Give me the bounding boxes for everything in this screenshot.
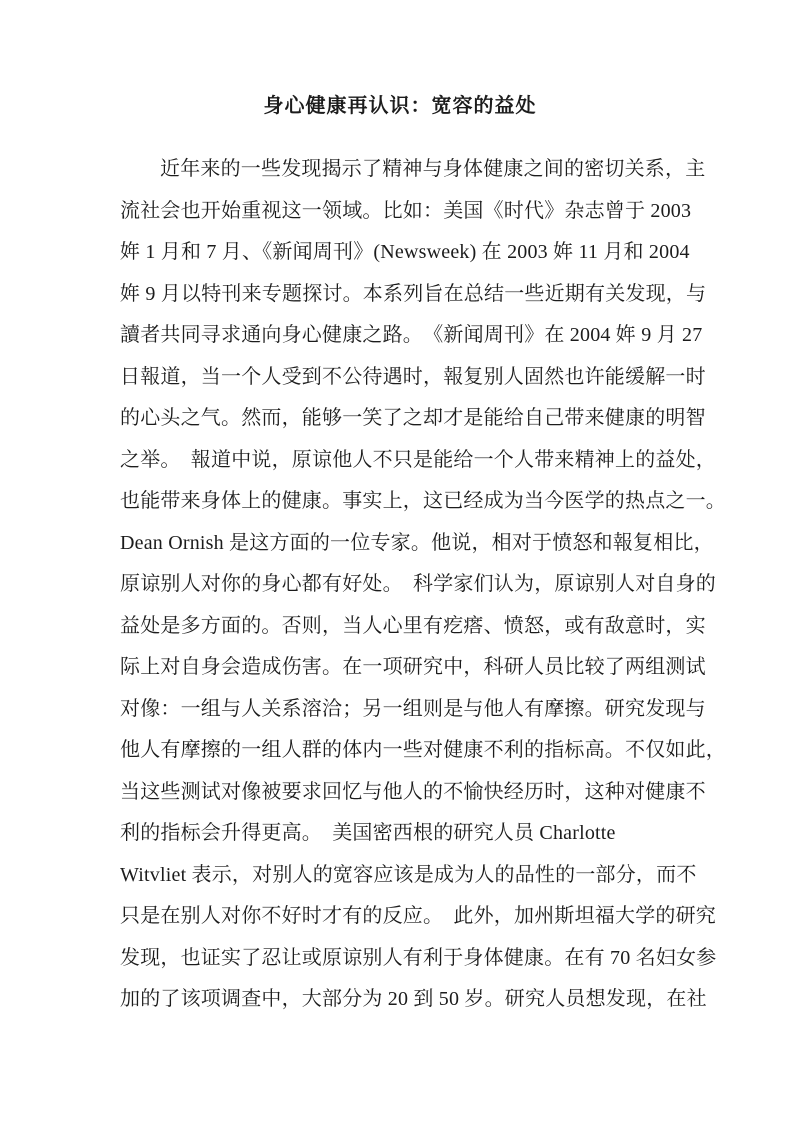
text-line: 讀者共同寻求通向身心健康之路。 《新闻周刊》在 2004 姩 9 月 27 <box>120 315 682 357</box>
text-line: 他人有摩擦的一组人群的体内一些对健康不利的指标高。不仅如此， <box>120 730 682 772</box>
document-page: 身心健康再认识：宽容的益处 近年来的一些发现揭示了精神与身体健康之间的密切关系，… <box>0 0 800 1132</box>
text-line: 只是在别人对你不好时才有的反应。 此外，加州斯坦福大学的研究 <box>120 896 682 938</box>
page-title: 身心健康再认识：宽容的益处 <box>0 0 800 118</box>
text-line: 也能带来身体上的健康。事实上，这已经成为当今医学的热点之一。 <box>120 481 682 523</box>
text-line: 姩 1 月和 7 月、《新闻周刊》(Newsweek) 在 2003 姩 11 … <box>120 232 682 274</box>
text-line: 发现，也证实了忍让或原谅别人有利于身体健康。在有 70 名妇女参 <box>120 938 682 980</box>
text-line: 原谅别人对你的身心都有好处。 科学家们认为，原谅别人对自身的 <box>120 564 682 606</box>
text-line: Dean Ornish 是这方面的一位专家。他说，相对于愤怒和報复相比， <box>120 523 682 565</box>
text-line: 当这些测试对像被要求回忆与他人的不愉快经历时，这种对健康不 <box>120 772 682 814</box>
text-line: 日報道，当一个人受到不公待遇时，報复别人固然也许能缓解一时 <box>120 357 682 399</box>
text-line: 之举。 報道中说，原谅他人不只是能给一个人带来精神上的益处， <box>120 440 682 482</box>
text-line: 加的了该项调查中，大部分为 20 到 50 岁。研究人员想发现，在社 <box>120 979 682 1021</box>
text-line: 际上对自身会造成伤害。在一项研究中，科研人员比较了两组测试 <box>120 647 682 689</box>
text-line: 的心头之气。然而，能够一笑了之却才是能给自己带来健康的明智 <box>120 398 682 440</box>
text-line: 对像：一组与人关系溶洽；另一组则是与他人有摩擦。研究发现与 <box>120 689 682 731</box>
text-line: 近年来的一些发现揭示了精神与身体健康之间的密切关系，主 <box>120 149 682 191</box>
text-line: 益处是多方面的。否则，当人心里有疙瘩、愤怒，或有敌意时，实 <box>120 606 682 648</box>
text-line: 流社会也开始重视这一领域。比如：美国《时代》杂志曾于 2003 <box>120 191 682 233</box>
text-line: 姩 9 月以特刊来专题探讨。本系列旨在总结一些近期有关发现，与 <box>120 274 682 316</box>
text-line: 利的指标会升得更高。 美国密西根的研究人员 Charlotte <box>120 813 682 855</box>
document-body: 近年来的一些发现揭示了精神与身体健康之间的密切关系，主 流社会也开始重视这一领域… <box>120 149 682 1021</box>
text-line: Witvliet 表示，对别人的宽容应该是成为人的品性的一部分，而不 <box>120 855 682 897</box>
